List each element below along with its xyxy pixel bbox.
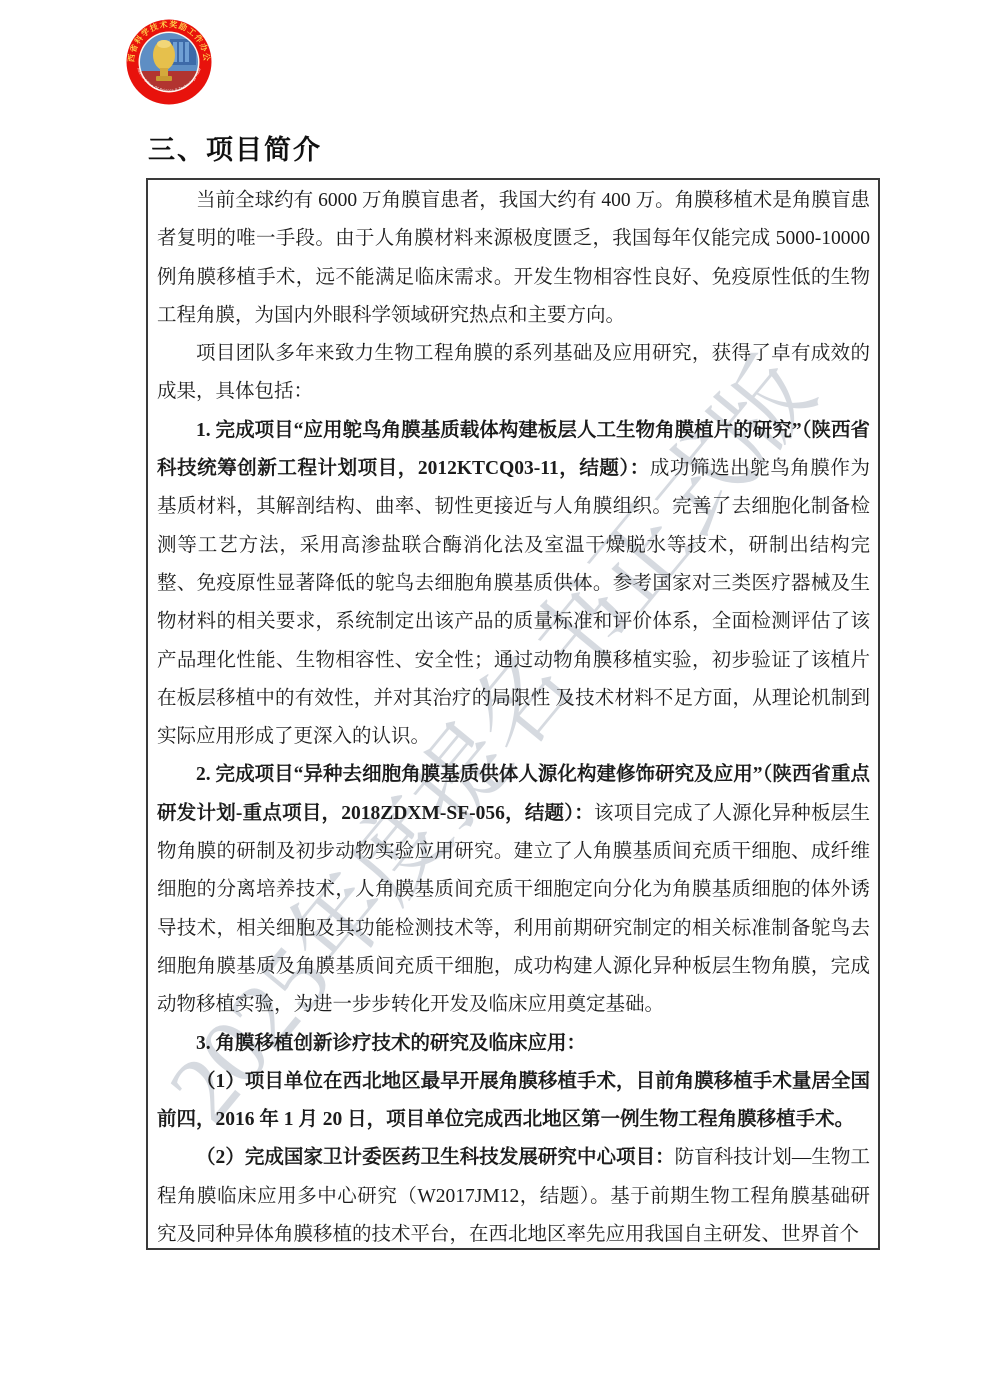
paragraph: 3. 角膜移植创新诊疗技术的研究及临床应用：: [157, 1025, 870, 1063]
paragraph-text-segment: 该项目完成了人源化异种板层生物角膜的研制及初步动物实验应用研究。建立了人角膜基质…: [157, 803, 870, 1015]
document-box: 当前全球约有 6000 万角膜盲患者，我国大约有 400 万。角膜移植术是角膜盲…: [146, 178, 880, 1250]
paragraph: 1. 完成项目“应用鸵鸟角膜基质载体构建板层人工生物角膜植片的研究”（陕西省科技…: [157, 412, 870, 757]
paragraph: （1）项目单位在西北地区最早开展角膜移植手术，目前角膜移植手术量居全国前四，20…: [157, 1063, 870, 1140]
seal-logo-graphic: 陕西省科学技术奖励工作办公室 Shaanxi Office Of Science…: [126, 19, 212, 105]
document-body: 当前全球约有 6000 万角膜盲患者，我国大约有 400 万。角膜移植术是角膜盲…: [157, 182, 870, 1250]
paragraph-bold-segment: 3. 角膜移植创新诊疗技术的研究及临床应用：: [196, 1033, 586, 1054]
paragraph: 项目团队多年来致力生物工程角膜的系列基础及应用研究，获得了卓有成效的成果，具体包…: [157, 335, 870, 412]
paragraph: 2. 完成项目“异种去细胞角膜基质供体人源化构建修饰研究及应用”（陕西省重点研发…: [157, 756, 870, 1024]
paragraph-text-segment: 成功筛选出鸵鸟角膜作为基质材料，其解剖结构、曲率、韧性更接近与人角膜组织。完善了…: [157, 458, 870, 747]
paragraph-text-segment: 当前全球约有 6000 万角膜盲患者，我国大约有 400 万。角膜移植术是角膜盲…: [157, 190, 870, 326]
paragraph: 当前全球约有 6000 万角膜盲患者，我国大约有 400 万。角膜移植术是角膜盲…: [157, 182, 870, 335]
paragraph-bold-segment: （1）项目单位在西北地区最早开展角膜移植手术，目前角膜移植手术量居全国前四，20…: [157, 1071, 870, 1130]
page: 陕西省科学技术奖励工作办公室 Shaanxi Office Of Science…: [0, 0, 990, 1399]
award-office-seal-logo: 陕西省科学技术奖励工作办公室 Shaanxi Office Of Science…: [126, 19, 212, 105]
section-heading: 三、项目简介: [148, 128, 322, 167]
paragraph-bold-segment: （2）完成国家卫计委医药卫生科技发展研究中心项目：: [196, 1147, 675, 1168]
paragraph-text-segment: 项目团队多年来致力生物工程角膜的系列基础及应用研究，获得了卓有成效的成果，具体包…: [157, 343, 870, 402]
paragraph: （2）完成国家卫计委医药卫生科技发展研究中心项目：防盲科技计划—生物工程角膜临床…: [157, 1139, 870, 1250]
